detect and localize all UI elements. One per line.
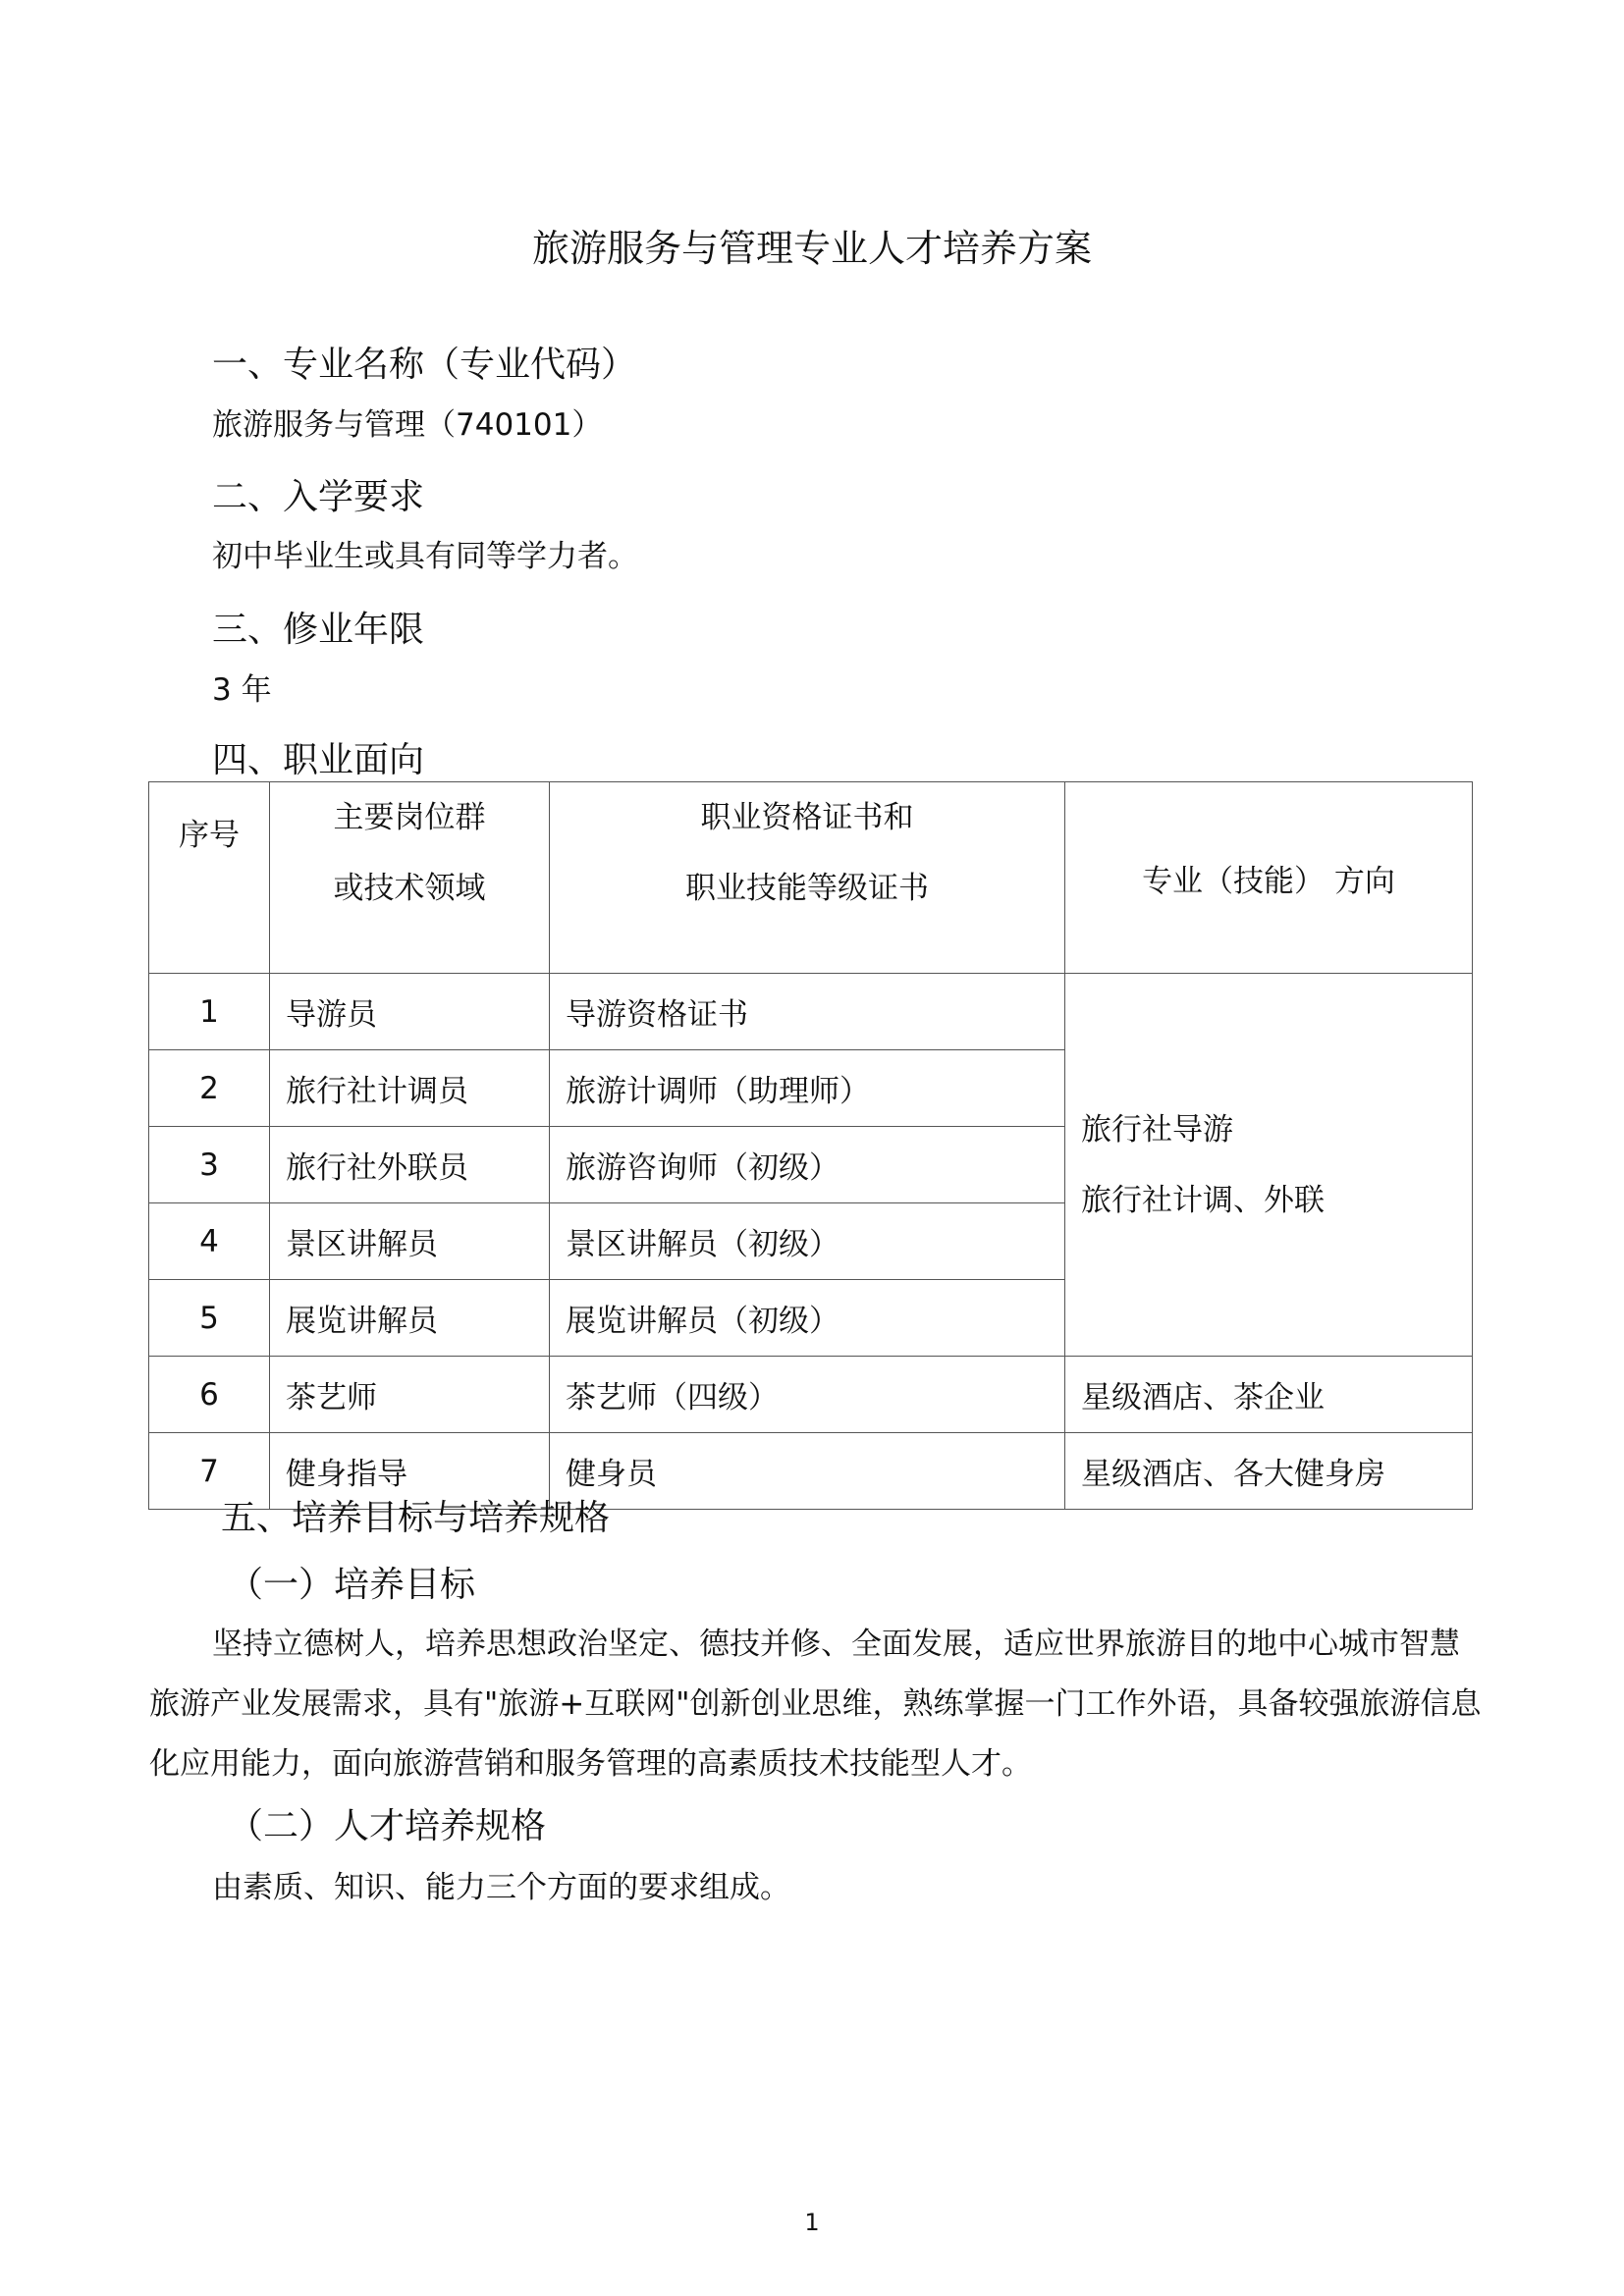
- section-5-sub1-heading: （一）培养目标: [228, 1557, 475, 1607]
- header-direction: 专业（技能） 方向: [1065, 782, 1473, 974]
- section-4-heading: 四、职业面向: [212, 732, 424, 782]
- section-5-sub2-text: 由素质、知识、能力三个方面的要求组成。: [212, 1862, 790, 1906]
- merged-direction-cell: 旅行社导游 旅行社计调、外联: [1065, 974, 1473, 1357]
- section-3-text: 3 年: [212, 665, 272, 709]
- section-5-heading: 五、培养目标与培养规格: [221, 1490, 610, 1540]
- header-num: 序号: [149, 782, 270, 974]
- header-cert: 职业资格证书和 职业技能等级证书: [550, 782, 1065, 974]
- table-row: 6 茶艺师 茶艺师（四级） 星级酒店、茶企业: [149, 1357, 1473, 1433]
- table-header-row: 序号 主要岗位群 或技术领域 职业资格证书和 职业技能等级证书 专业（技能） 方…: [149, 782, 1473, 974]
- section-2-heading: 二、入学要求: [212, 469, 424, 519]
- occupation-table: 序号 主要岗位群 或技术领域 职业资格证书和 职业技能等级证书 专业（技能） 方…: [148, 781, 1473, 1510]
- training-goal-paragraph: 坚持立德树人，培养思想政治坚定、德技并修、全面发展，适应世界旅游目的地中心城市智…: [149, 1615, 1485, 1794]
- table-row: 1 导游员 导游资格证书 旅行社导游 旅行社计调、外联: [149, 974, 1473, 1050]
- section-1-text: 旅游服务与管理（740101）: [212, 400, 602, 444]
- page-number: 1: [0, 2209, 1624, 2236]
- document-title: 旅游服务与管理专业人才培养方案: [0, 218, 1624, 272]
- section-3-heading: 三、修业年限: [212, 602, 424, 652]
- section-1-heading: 一、专业名称（专业代码）: [212, 337, 636, 387]
- section-5-sub2-heading: （二）人才培养规格: [228, 1798, 546, 1848]
- section-2-text: 初中毕业生或具有同等学力者。: [212, 531, 638, 575]
- header-post: 主要岗位群 或技术领域: [270, 782, 550, 974]
